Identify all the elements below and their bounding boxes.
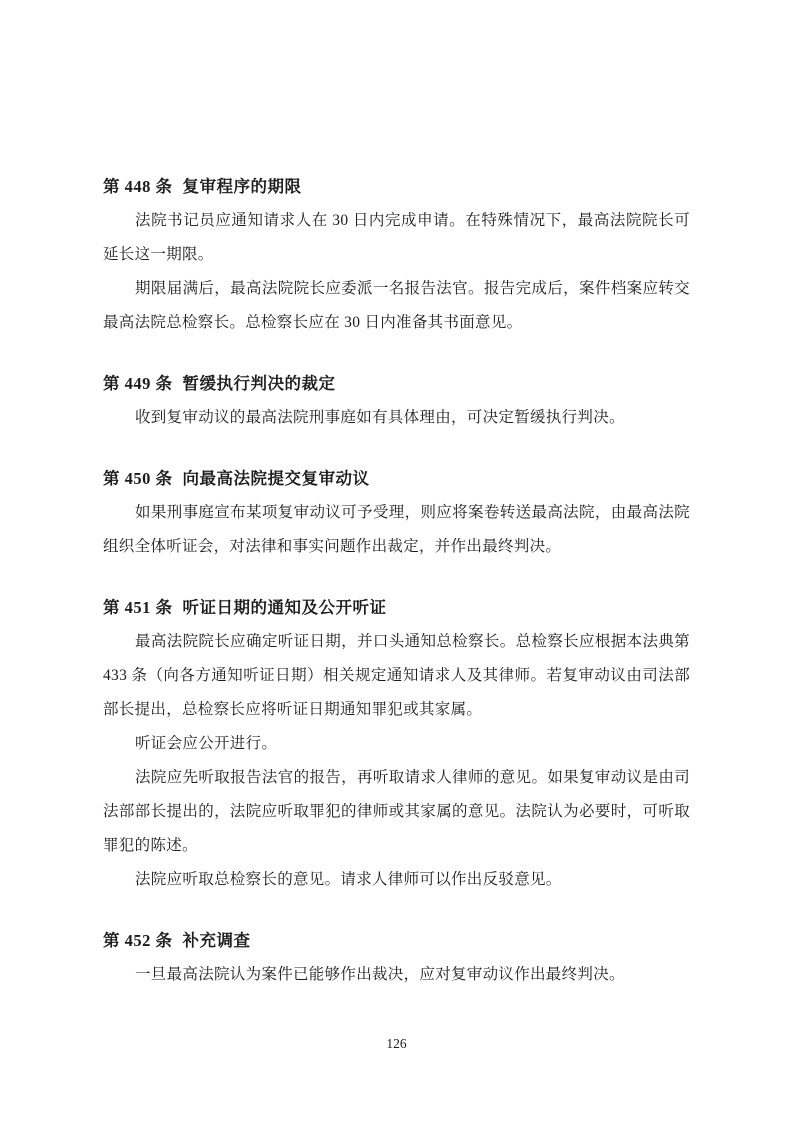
article-number: 第 450 条 [103,469,173,488]
article-452: 第 452 条补充调查 一旦最高法院认为案件已能够作出裁决，应对复审动议作出最终… [103,924,690,992]
article-number: 第 451 条 [103,598,173,617]
article-number: 第 449 条 [103,374,173,393]
article-heading: 第 449 条暂缓执行判决的裁定 [103,367,690,401]
article-number: 第 448 条 [103,177,173,196]
page-number: 126 [0,1036,793,1052]
article-heading: 第 452 条补充调查 [103,924,690,958]
article-paragraph: 法院应先听取报告法官的报告，再听取请求人律师的意见。如果复审动议是由司法部部长提… [103,761,690,863]
article-paragraph: 期限届满后，最高法院院长应委派一名报告法官。报告完成后，案件档案应转交最高法院总… [103,272,690,340]
article-heading: 第 448 条复审程序的期限 [103,170,690,204]
article-paragraph: 听证会应公开进行。 [103,727,690,761]
article-title: 补充调查 [183,931,251,950]
document-page: 第 448 条复审程序的期限 法院书记员应通知请求人在 30 日内完成申请。在特… [0,0,793,1122]
article-paragraph: 如果刑事庭宣布某项复审动议可予受理，则应将案卷转送最高法院，由最高法院组织全体听… [103,496,690,564]
article-449: 第 449 条暂缓执行判决的裁定 收到复审动议的最高法院刑事庭如有具体理由，可决… [103,367,690,435]
article-title: 暂缓执行判决的裁定 [183,374,336,393]
article-heading: 第 451 条听证日期的通知及公开听证 [103,591,690,625]
article-title: 复审程序的期限 [183,177,302,196]
article-448: 第 448 条复审程序的期限 法院书记员应通知请求人在 30 日内完成申请。在特… [103,170,690,340]
article-number: 第 452 条 [103,931,173,950]
article-title: 听证日期的通知及公开听证 [183,598,387,617]
article-451: 第 451 条听证日期的通知及公开听证 最高法院院长应确定听证日期，并口头通知总… [103,591,690,897]
article-paragraph: 收到复审动议的最高法院刑事庭如有具体理由，可决定暂缓执行判决。 [103,401,690,435]
article-paragraph: 法院书记员应通知请求人在 30 日内完成申请。在特殊情况下，最高法院院长可延长这… [103,204,690,272]
article-title: 向最高法院提交复审动议 [183,469,370,488]
article-paragraph: 最高法院院长应确定听证日期，并口头通知总检察长。总检察长应根据本法典第 433 … [103,625,690,727]
article-paragraph: 法院应听取总检察长的意见。请求人律师可以作出反驳意见。 [103,863,690,897]
document-body: 第 448 条复审程序的期限 法院书记员应通知请求人在 30 日内完成申请。在特… [103,170,690,992]
article-heading: 第 450 条向最高法院提交复审动议 [103,462,690,496]
article-paragraph: 一旦最高法院认为案件已能够作出裁决，应对复审动议作出最终判决。 [103,958,690,992]
article-450: 第 450 条向最高法院提交复审动议 如果刑事庭宣布某项复审动议可予受理，则应将… [103,462,690,564]
